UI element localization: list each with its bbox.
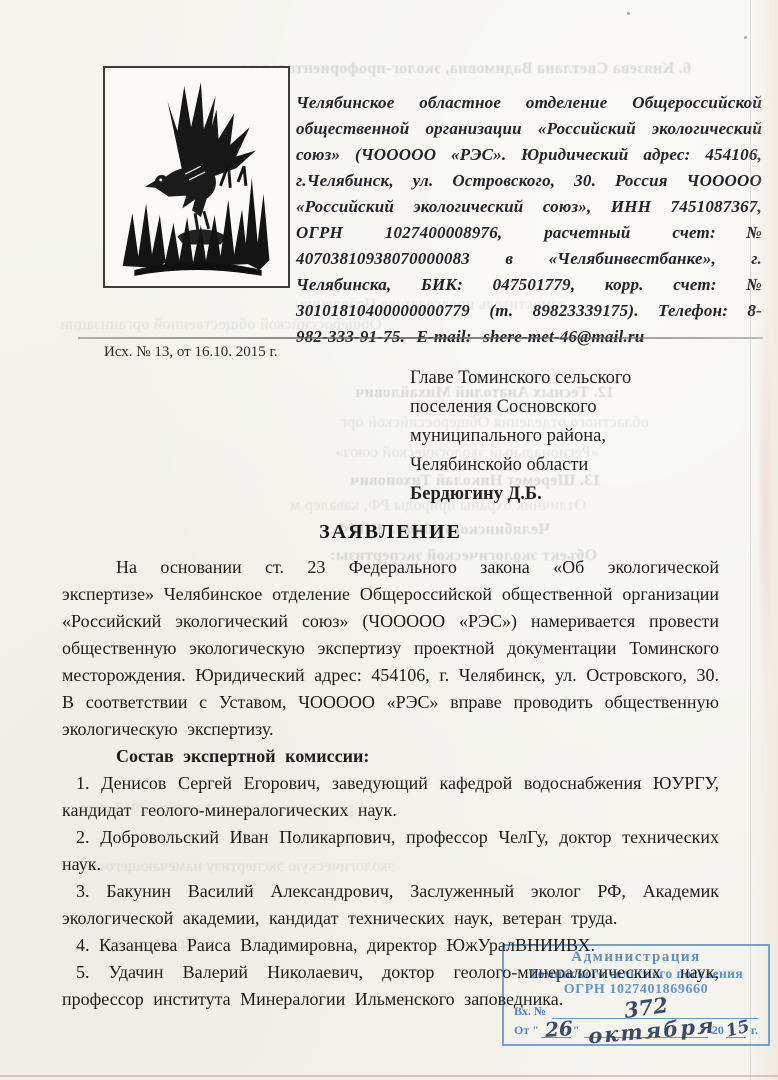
- stamp-date-from-label: От ": [514, 1023, 539, 1038]
- addressee-line: Главе Томинского сельского: [410, 364, 680, 393]
- stamp-day-blank: 26: [541, 1023, 571, 1038]
- scan-speck: [627, 12, 630, 15]
- scan-speck: [744, 36, 747, 39]
- stamp-month-blank: октября: [584, 1023, 708, 1038]
- scanned-letter-page: 6. Князева Светлана Вадимовна, эколог-пр…: [0, 0, 778, 1080]
- stamp-year-blank: 15: [726, 1023, 746, 1038]
- commission-heading: Состав экспертной комиссии:: [62, 743, 719, 770]
- addressee-block: Главе Томинского сельского поселения Сос…: [410, 364, 680, 509]
- document-body: На основании ст. 23 Федерального закона …: [62, 554, 719, 1013]
- addressee-line: Челябинскойо области: [410, 451, 680, 480]
- scan-color-smudge: [758, 300, 774, 720]
- letterhead-text: Челябинское областное отделение Общеросс…: [296, 90, 762, 350]
- commission-member: 1. Денисов Сергей Егорович, заведующий к…: [62, 770, 719, 824]
- body-paragraph: На основании ст. 23 Федерального закона …: [62, 554, 719, 743]
- falcon-emblem-icon: [105, 68, 288, 286]
- addressee-name: Бердюгину Д.Б.: [410, 480, 680, 509]
- handwritten-day: 26: [544, 1016, 573, 1042]
- stamp-quote-close: ": [573, 1023, 580, 1038]
- commission-member: 5. Удачин Валерий Николаевич, доктор гео…: [62, 959, 719, 1013]
- organization-logo: [103, 66, 290, 288]
- commission-member: 4. Казанцева Раиса Владимировна, директо…: [62, 932, 719, 959]
- outgoing-reference: Исх. № 13, от 16.10. 2015 г.: [104, 344, 278, 361]
- commission-member: 2. Добровольский Иван Поликарпович, проф…: [62, 824, 719, 878]
- commission-member: 3. Бакунин Василий Александрович, Заслуж…: [62, 878, 719, 932]
- addressee-line: поселения Сосновского: [410, 393, 680, 422]
- letterhead-divider: [78, 337, 763, 339]
- addressee-line: муниципального района,: [410, 422, 680, 451]
- scan-bottom-line: [0, 1075, 778, 1077]
- document-title: ЗАЯВЛЕНИЕ: [62, 521, 719, 544]
- bleedthrough-text: 6. Князева Светлана Вадимовна, эколог-пр…: [240, 60, 691, 78]
